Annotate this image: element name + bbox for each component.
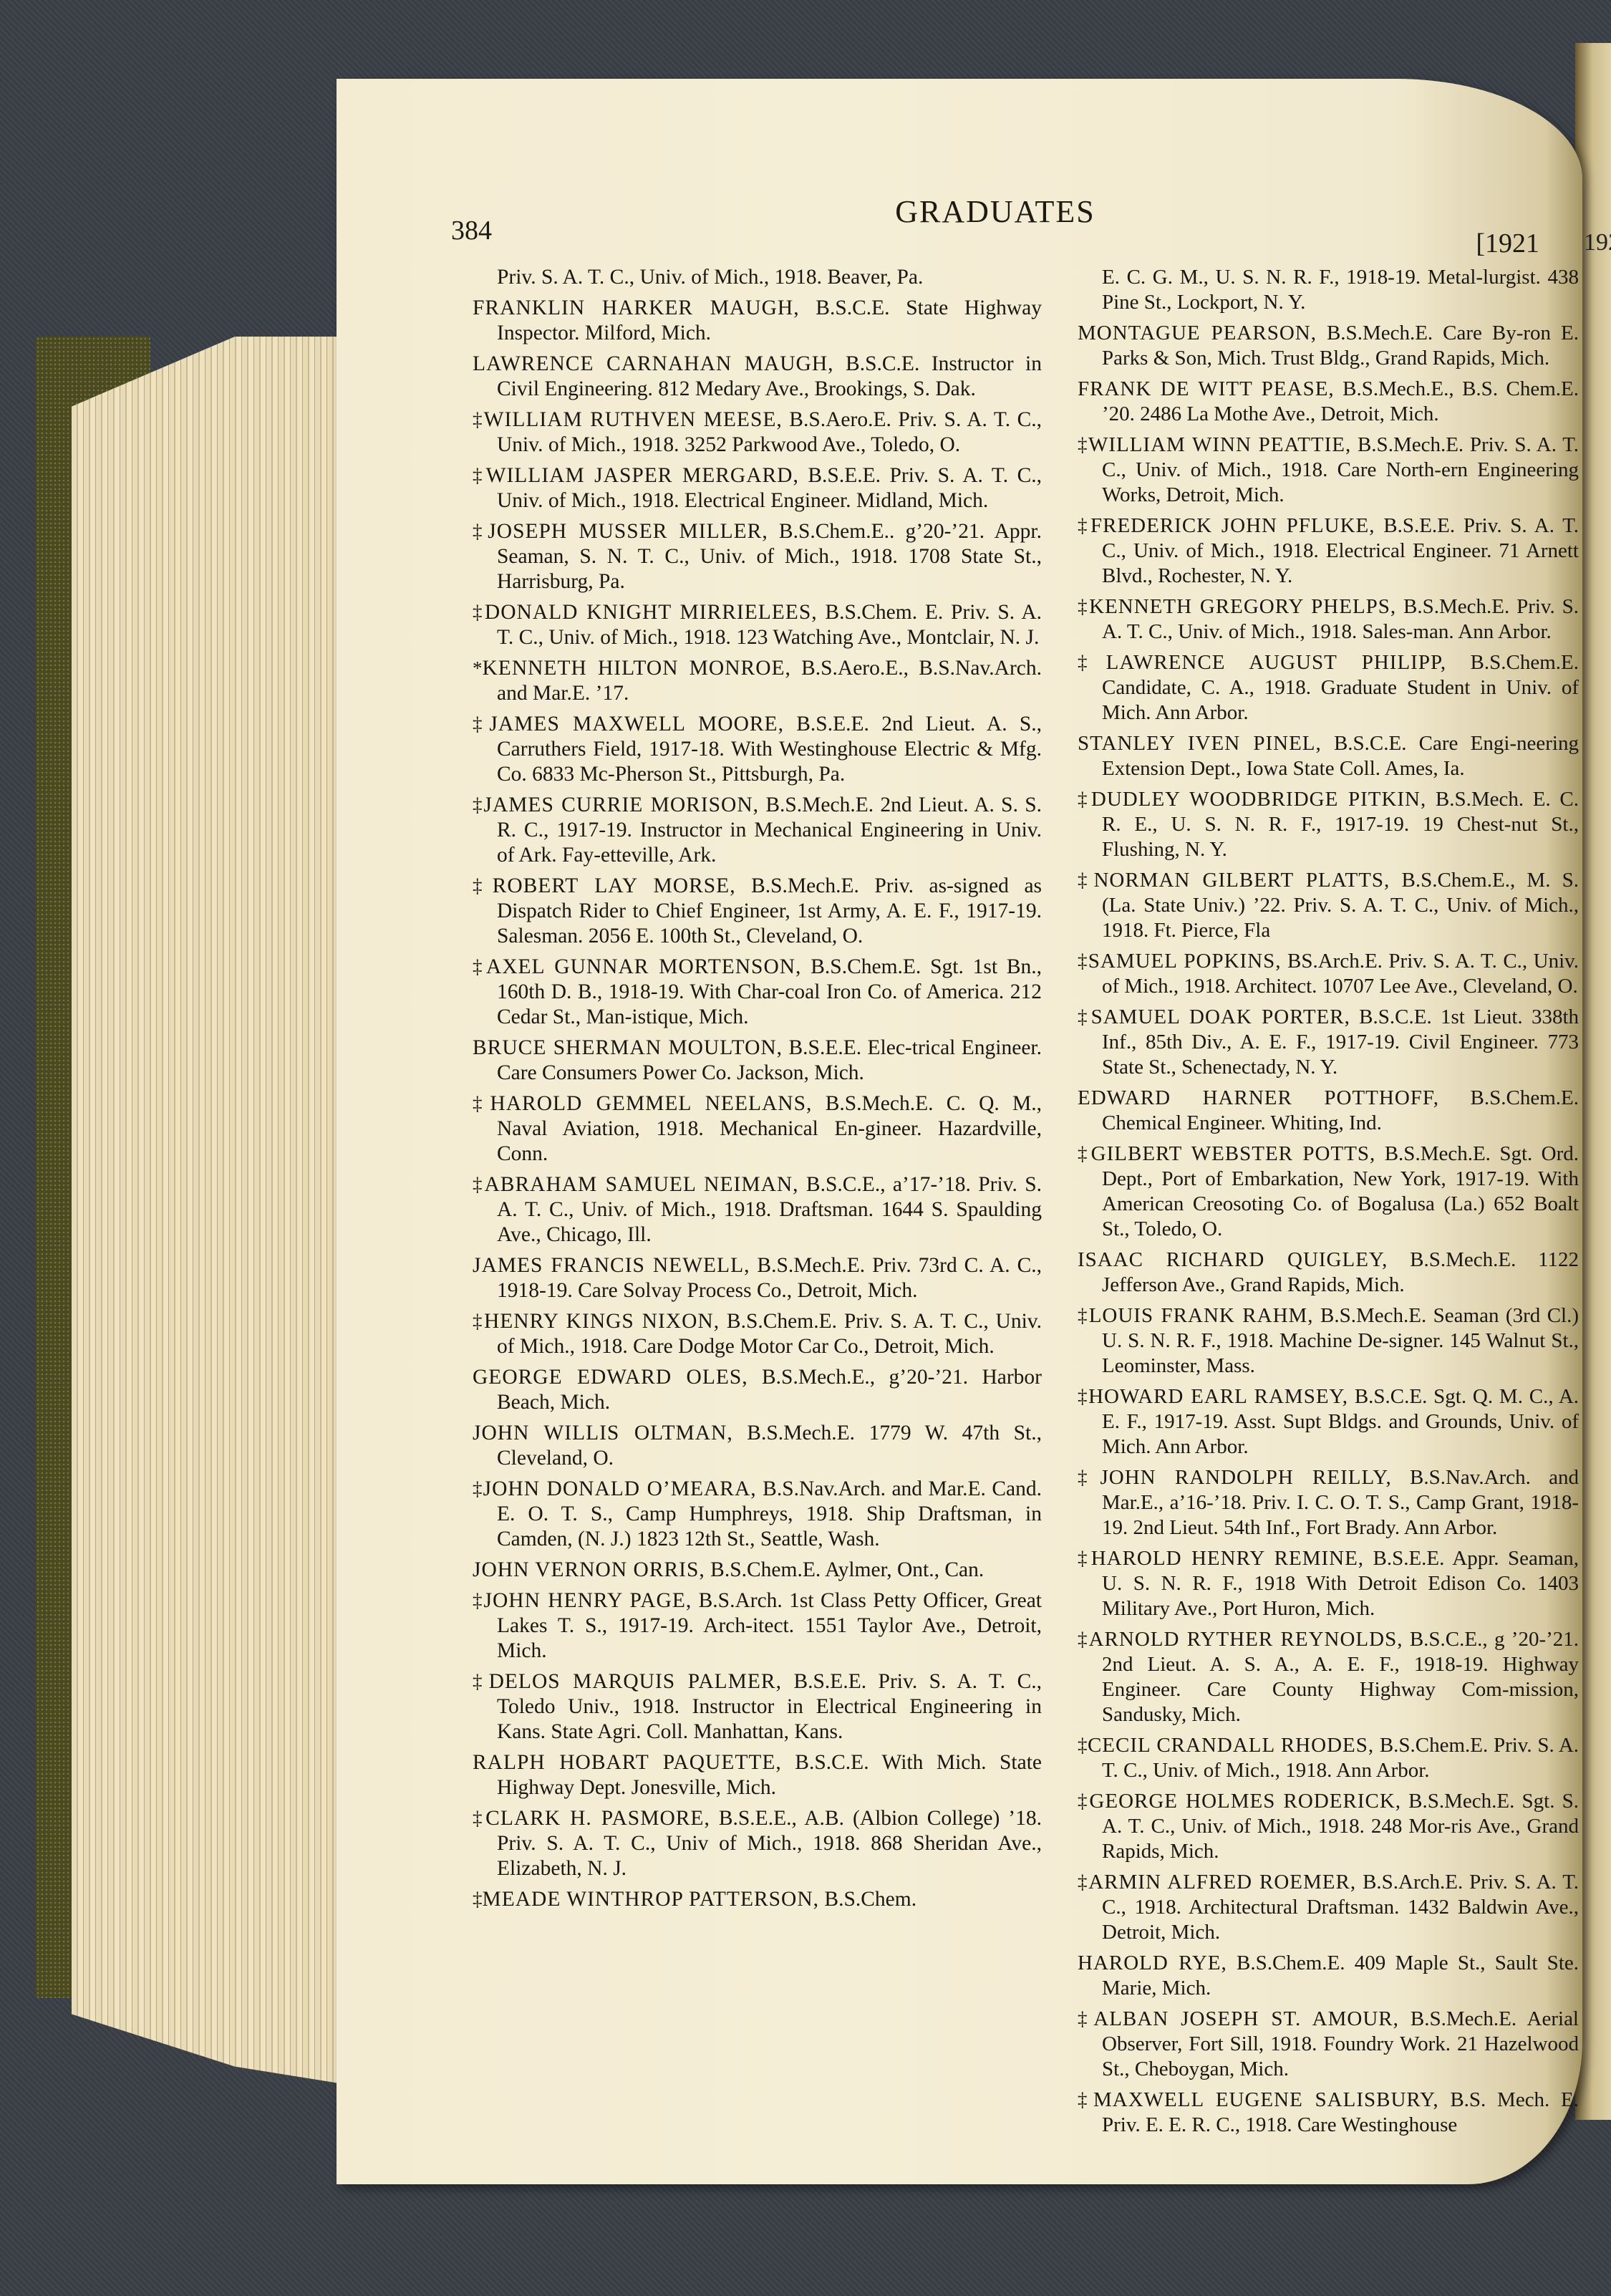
graduate-details: E. C. G. M., U. S. N. R. F., 1918-19. Me… bbox=[1102, 266, 1579, 314]
graduate-name: JOHN DONALD O’MEARA, bbox=[483, 1477, 757, 1500]
graduate-name: ROBERT LAY MORSE, bbox=[493, 874, 736, 897]
graduate-name: JOHN WILLIS OLTMAN, bbox=[473, 1422, 733, 1444]
graduate-entry: ‡ARNOLD RYTHER REYNOLDS, B.S.C.E., g ’20… bbox=[1078, 1627, 1579, 1727]
graduate-entry: ‡AXEL GUNNAR MORTENSON, B.S.Chem.E. Sgt.… bbox=[473, 955, 1042, 1030]
double-dagger-mark: ‡ bbox=[1078, 1790, 1089, 1812]
graduate-details: B.S.Chem.E. Aylmer, Ont., Can. bbox=[710, 1558, 984, 1581]
page-edges bbox=[72, 337, 344, 2084]
double-dagger-mark: ‡ bbox=[1078, 1006, 1091, 1028]
graduate-name: DELOS MARQUIS PALMER, bbox=[489, 1670, 782, 1693]
graduate-entry: ‡ROBERT LAY MORSE, B.S.Mech.E. Priv. as-… bbox=[473, 874, 1042, 949]
graduate-name: STANLEY IVEN PINEL, bbox=[1078, 732, 1322, 755]
next-page-year: 1921 bbox=[1584, 229, 1611, 256]
graduate-name: AXEL GUNNAR MORTENSON, bbox=[486, 955, 802, 978]
page-year: [1921 bbox=[1476, 228, 1539, 259]
page-title: GRADUATES bbox=[451, 193, 1539, 230]
graduate-entry: FRANKLIN HARKER MAUGH, B.S.C.E. State Hi… bbox=[473, 296, 1042, 346]
graduate-name: MONTAGUE PEARSON, bbox=[1078, 322, 1317, 344]
double-dagger-mark: ‡ bbox=[1078, 1467, 1100, 1488]
double-dagger-mark: ‡ bbox=[473, 409, 484, 430]
graduate-entry: ‡LAWRENCE AUGUST PHILIPP, B.S.Chem.E. Ca… bbox=[1078, 650, 1579, 725]
graduate-name: NORMAN GILBERT PLATTS, bbox=[1093, 869, 1390, 892]
graduate-entry: ‡HAROLD HENRY REMINE, B.S.E.E. Appr. Sea… bbox=[1078, 1546, 1579, 1621]
graduate-name: LOUIS FRANK RAHM, bbox=[1089, 1304, 1314, 1327]
double-dagger-mark: ‡ bbox=[1078, 515, 1090, 536]
graduate-entry: GEORGE EDWARD OLES, B.S.Mech.E., g’20-’2… bbox=[473, 1365, 1042, 1415]
graduate-name: HAROLD GEMMEL NEELANS, bbox=[490, 1092, 812, 1115]
running-head: 384 GRADUATES [1921 bbox=[451, 193, 1539, 243]
graduate-name: JAMES FRANCIS NEWELL, bbox=[473, 1254, 750, 1277]
double-dagger-mark: ‡ bbox=[1078, 788, 1091, 810]
graduate-entry: BRUCE SHERMAN MOULTON, B.S.E.E. Elec-tri… bbox=[473, 1036, 1042, 1086]
double-dagger-mark: ‡ bbox=[473, 713, 489, 735]
graduate-name: EDWARD HARNER POTTHOFF, bbox=[1078, 1086, 1439, 1109]
double-dagger-mark: ‡ bbox=[473, 1174, 484, 1195]
double-dagger-mark: ‡ bbox=[473, 1671, 489, 1692]
graduate-name: LAWRENCE AUGUST PHILIPP, bbox=[1106, 651, 1446, 674]
graduate-name: JOHN RANDOLPH REILLY, bbox=[1100, 1466, 1392, 1489]
graduate-entry: ‡MEADE WINTHROP PATTERSON, B.S.Chem. bbox=[473, 1887, 1042, 1912]
graduate-entry: ‡JAMES MAXWELL MOORE, B.S.E.E. 2nd Lieut… bbox=[473, 712, 1042, 787]
double-dagger-mark: ‡ bbox=[473, 1478, 483, 1500]
graduate-entry: ‡CLARK H. PASMORE, B.S.E.E., A.B. (Albio… bbox=[473, 1806, 1042, 1881]
graduate-entry: ‡DELOS MARQUIS PALMER, B.S.E.E. Priv. S.… bbox=[473, 1669, 1042, 1745]
double-dagger-mark: ‡ bbox=[1078, 1143, 1091, 1164]
graduate-entry: ‡SAMUEL DOAK PORTER, B.S.C.E. 1st Lieut.… bbox=[1078, 1005, 1579, 1080]
graduate-entry: RALPH HOBART PAQUETTE, B.S.C.E. With Mic… bbox=[473, 1750, 1042, 1800]
double-dagger-mark: ‡ bbox=[473, 794, 483, 816]
graduate-entry: ‡DONALD KNIGHT MIRRIELEES, B.S.Chem. E. … bbox=[473, 600, 1042, 650]
graduate-entry: ‡JAMES CURRIE MORISON, B.S.Mech.E. 2nd L… bbox=[473, 793, 1042, 868]
double-dagger-mark: ‡ bbox=[1078, 869, 1093, 891]
graduate-name: SAMUEL DOAK PORTER, bbox=[1091, 1005, 1350, 1028]
graduate-name: GEORGE EDWARD OLES, bbox=[473, 1366, 748, 1389]
graduate-name: FRANKLIN HARKER MAUGH, bbox=[473, 296, 800, 319]
double-dagger-mark: ‡ bbox=[1078, 1735, 1088, 1756]
graduate-entry: MONTAGUE PEARSON, B.S.Mech.E. Care By-ro… bbox=[1078, 321, 1579, 371]
right-column: E. C. G. M., U. S. N. R. F., 1918-19. Me… bbox=[1078, 265, 1579, 2143]
graduate-entry: ‡WILLIAM WINN PEATTIE, B.S.Mech.E. Priv.… bbox=[1078, 433, 1579, 508]
double-dagger-mark: ‡ bbox=[473, 1093, 490, 1114]
graduate-entry: ‡JOHN DONALD O’MEARA, B.S.Nav.Arch. and … bbox=[473, 1477, 1042, 1552]
graduate-entry: JOHN VERNON ORRIS, B.S.Chem.E. Aylmer, O… bbox=[473, 1558, 1042, 1583]
graduate-name: MEADE WINTHROP PATTERSON, bbox=[483, 1888, 820, 1911]
double-dagger-mark: ‡ bbox=[1078, 596, 1089, 617]
graduate-entry: ‡HENRY KINGS NIXON, B.S.Chem.E. Priv. S.… bbox=[473, 1309, 1042, 1359]
graduate-entry: ‡FREDERICK JOHN PFLUKE, B.S.E.E. Priv. S… bbox=[1078, 513, 1579, 589]
asterisk-mark: * bbox=[473, 657, 483, 679]
graduate-details: B.S.Chem. bbox=[824, 1888, 916, 1911]
left-column: Priv. S. A. T. C., Univ. of Mich., 1918.… bbox=[473, 265, 1042, 1918]
graduate-name: JOHN VERNON ORRIS, bbox=[473, 1558, 705, 1581]
graduate-name: DUDLEY WOODBRIDGE PITKIN, bbox=[1091, 788, 1426, 811]
double-dagger-mark: ‡ bbox=[1078, 2089, 1093, 2111]
double-dagger-mark: ‡ bbox=[473, 602, 485, 623]
graduate-name: WILLIAM JASPER MERGARD, bbox=[486, 464, 799, 487]
double-dagger-mark: ‡ bbox=[1078, 2008, 1093, 2030]
double-dagger-mark: ‡ bbox=[1078, 1305, 1089, 1326]
graduate-entry: ‡WILLIAM RUTHVEN MEESE, B.S.Aero.E. Priv… bbox=[473, 407, 1042, 458]
double-dagger-mark: ‡ bbox=[1078, 652, 1106, 673]
graduate-entry: ‡GILBERT WEBSTER POTTS, B.S.Mech.E. Sgt.… bbox=[1078, 1142, 1579, 1242]
graduate-entry: ‡HAROLD GEMMEL NEELANS, B.S.Mech.E. C. Q… bbox=[473, 1091, 1042, 1167]
graduate-entry: ‡ARMIN ALFRED ROEMER, B.S.Arch.E. Priv. … bbox=[1078, 1870, 1579, 1945]
graduate-name: FREDERICK JOHN PFLUKE, bbox=[1090, 514, 1375, 537]
double-dagger-mark: ‡ bbox=[473, 1590, 484, 1611]
entry-continuation: E. C. G. M., U. S. N. R. F., 1918-19. Me… bbox=[1078, 265, 1579, 315]
graduate-entry: JOHN WILLIS OLTMAN, B.S.Mech.E. 1779 W. … bbox=[473, 1421, 1042, 1471]
graduate-entry: ‡CECIL CRANDALL RHODES, B.S.Chem.E. Priv… bbox=[1078, 1733, 1579, 1783]
double-dagger-mark: ‡ bbox=[1078, 1629, 1089, 1650]
graduate-entry: EDWARD HARNER POTTHOFF, B.S.Chem.E. Chem… bbox=[1078, 1086, 1579, 1136]
graduate-entry: ‡KENNETH GREGORY PHELPS, B.S.Mech.E. Pri… bbox=[1078, 594, 1579, 645]
graduate-entry: ‡MAXWELL EUGENE SALISBURY, B.S. Mech. E.… bbox=[1078, 2088, 1579, 2138]
graduate-entry: ‡GEORGE HOLMES RODERICK, B.S.Mech.E. Sgt… bbox=[1078, 1789, 1579, 1864]
graduate-name: HAROLD HENRY REMINE, bbox=[1091, 1547, 1364, 1570]
graduate-entry: STANLEY IVEN PINEL, B.S.C.E. Care Engi-n… bbox=[1078, 731, 1579, 781]
graduate-entry: ‡HOWARD EARL RAMSEY, B.S.C.E. Sgt. Q. M.… bbox=[1078, 1384, 1579, 1460]
graduate-entry: LAWRENCE CARNAHAN MAUGH, B.S.C.E. Instru… bbox=[473, 352, 1042, 402]
graduate-name: MAXWELL EUGENE SALISBURY, bbox=[1093, 2088, 1439, 2111]
graduate-entry: ‡DUDLEY WOODBRIDGE PITKIN, B.S.Mech. E. … bbox=[1078, 787, 1579, 862]
graduate-entry: ‡ABRAHAM SAMUEL NEIMAN, B.S.C.E., a’17-’… bbox=[473, 1172, 1042, 1248]
graduate-name: WILLIAM RUTHVEN MEESE, bbox=[484, 408, 783, 431]
graduate-entry: ‡JOSEPH MUSSER MILLER, B.S.Chem.E.. g’20… bbox=[473, 519, 1042, 594]
graduate-name: BRUCE SHERMAN MOULTON, bbox=[473, 1036, 783, 1059]
graduate-entry: ‡LOUIS FRANK RAHM, B.S.Mech.E. Seaman (3… bbox=[1078, 1303, 1579, 1379]
graduate-entry: ‡JOHN RANDOLPH REILLY, B.S.Nav.Arch. and… bbox=[1078, 1465, 1579, 1540]
double-dagger-mark: ‡ bbox=[1078, 1548, 1091, 1569]
graduate-entry: JAMES FRANCIS NEWELL, B.S.Mech.E. Priv. … bbox=[473, 1253, 1042, 1303]
graduate-details: Priv. S. A. T. C., Univ. of Mich., 1918.… bbox=[497, 266, 923, 289]
graduate-name: FRANK DE WITT PEASE, bbox=[1078, 377, 1335, 400]
double-dagger-mark: ‡ bbox=[473, 1889, 483, 1910]
double-dagger-mark: ‡ bbox=[473, 1311, 484, 1332]
entry-continuation: Priv. S. A. T. C., Univ. of Mich., 1918.… bbox=[473, 265, 1042, 290]
graduate-name: HOWARD EARL RAMSEY, bbox=[1088, 1385, 1348, 1408]
graduate-name: LAWRENCE CARNAHAN MAUGH, bbox=[473, 352, 834, 375]
graduate-entry: ‡NORMAN GILBERT PLATTS, B.S.Chem.E., M. … bbox=[1078, 868, 1579, 943]
graduate-name: JAMES MAXWELL MOORE, bbox=[489, 713, 784, 735]
graduate-name: SAMUEL POPKINS, bbox=[1088, 950, 1282, 973]
graduate-name: ISAAC RICHARD QUIGLEY, bbox=[1078, 1248, 1388, 1271]
double-dagger-mark: ‡ bbox=[473, 1808, 485, 1829]
graduate-entry: FRANK DE WITT PEASE, B.S.Mech.E., B.S. C… bbox=[1078, 377, 1579, 427]
graduate-name: GILBERT WEBSTER POTTS, bbox=[1091, 1142, 1376, 1165]
double-dagger-mark: ‡ bbox=[473, 521, 488, 542]
graduate-name: RALPH HOBART PAQUETTE, bbox=[473, 1751, 782, 1774]
graduate-entry: HAROLD RYE, B.S.Chem.E. 409 Maple St., S… bbox=[1078, 1951, 1579, 2001]
graduate-name: DONALD KNIGHT MIRRIELEES, bbox=[485, 601, 818, 624]
double-dagger-mark: ‡ bbox=[473, 956, 486, 978]
graduate-name: CECIL CRANDALL RHODES, bbox=[1088, 1734, 1374, 1757]
graduate-entry: ‡WILLIAM JASPER MERGARD, B.S.E.E. Priv. … bbox=[473, 463, 1042, 513]
double-dagger-mark: ‡ bbox=[473, 875, 493, 897]
graduate-name: JAMES CURRIE MORISON, bbox=[483, 794, 759, 816]
double-dagger-mark: ‡ bbox=[1078, 950, 1088, 972]
graduate-name: ALBAN JOSEPH ST. AMOUR, bbox=[1093, 2007, 1399, 2030]
graduate-name: ARMIN ALFRED ROEMER, bbox=[1088, 1871, 1356, 1894]
graduate-entry: ‡ALBAN JOSEPH ST. AMOUR, B.S.Mech.E. Aer… bbox=[1078, 2007, 1579, 2082]
graduate-name: JOHN HENRY PAGE, bbox=[484, 1589, 692, 1612]
graduate-name: HAROLD RYE, bbox=[1078, 1952, 1227, 1974]
double-dagger-mark: ‡ bbox=[1078, 434, 1088, 455]
graduate-name: KENNETH GREGORY PHELPS, bbox=[1089, 595, 1396, 618]
graduate-name: KENNETH HILTON MONROE, bbox=[483, 657, 791, 680]
graduate-name: GEORGE HOLMES RODERICK, bbox=[1089, 1790, 1401, 1813]
graduate-entry: *KENNETH HILTON MONROE, B.S.Aero.E., B.S… bbox=[473, 656, 1042, 706]
double-dagger-mark: ‡ bbox=[1078, 1386, 1088, 1407]
graduate-name: WILLIAM WINN PEATTIE, bbox=[1088, 433, 1351, 456]
graduate-entry: ISAAC RICHARD QUIGLEY, B.S.Mech.E. 1122 … bbox=[1078, 1248, 1579, 1298]
graduate-entry: ‡JOHN HENRY PAGE, B.S.Arch. 1st Class Pe… bbox=[473, 1588, 1042, 1664]
double-dagger-mark: ‡ bbox=[1078, 1871, 1088, 1893]
graduate-name: JOSEPH MUSSER MILLER, bbox=[488, 520, 768, 543]
graduate-name: ABRAHAM SAMUEL NEIMAN, bbox=[484, 1173, 798, 1196]
graduate-name: ARNOLD RYTHER REYNOLDS, bbox=[1089, 1628, 1403, 1651]
double-dagger-mark: ‡ bbox=[473, 465, 486, 486]
graduate-name: HENRY KINGS NIXON, bbox=[484, 1310, 720, 1333]
graduate-name: CLARK H. PASMORE, bbox=[485, 1807, 710, 1830]
graduate-entry: ‡SAMUEL POPKINS, BS.Arch.E. Priv. S. A. … bbox=[1078, 949, 1579, 999]
